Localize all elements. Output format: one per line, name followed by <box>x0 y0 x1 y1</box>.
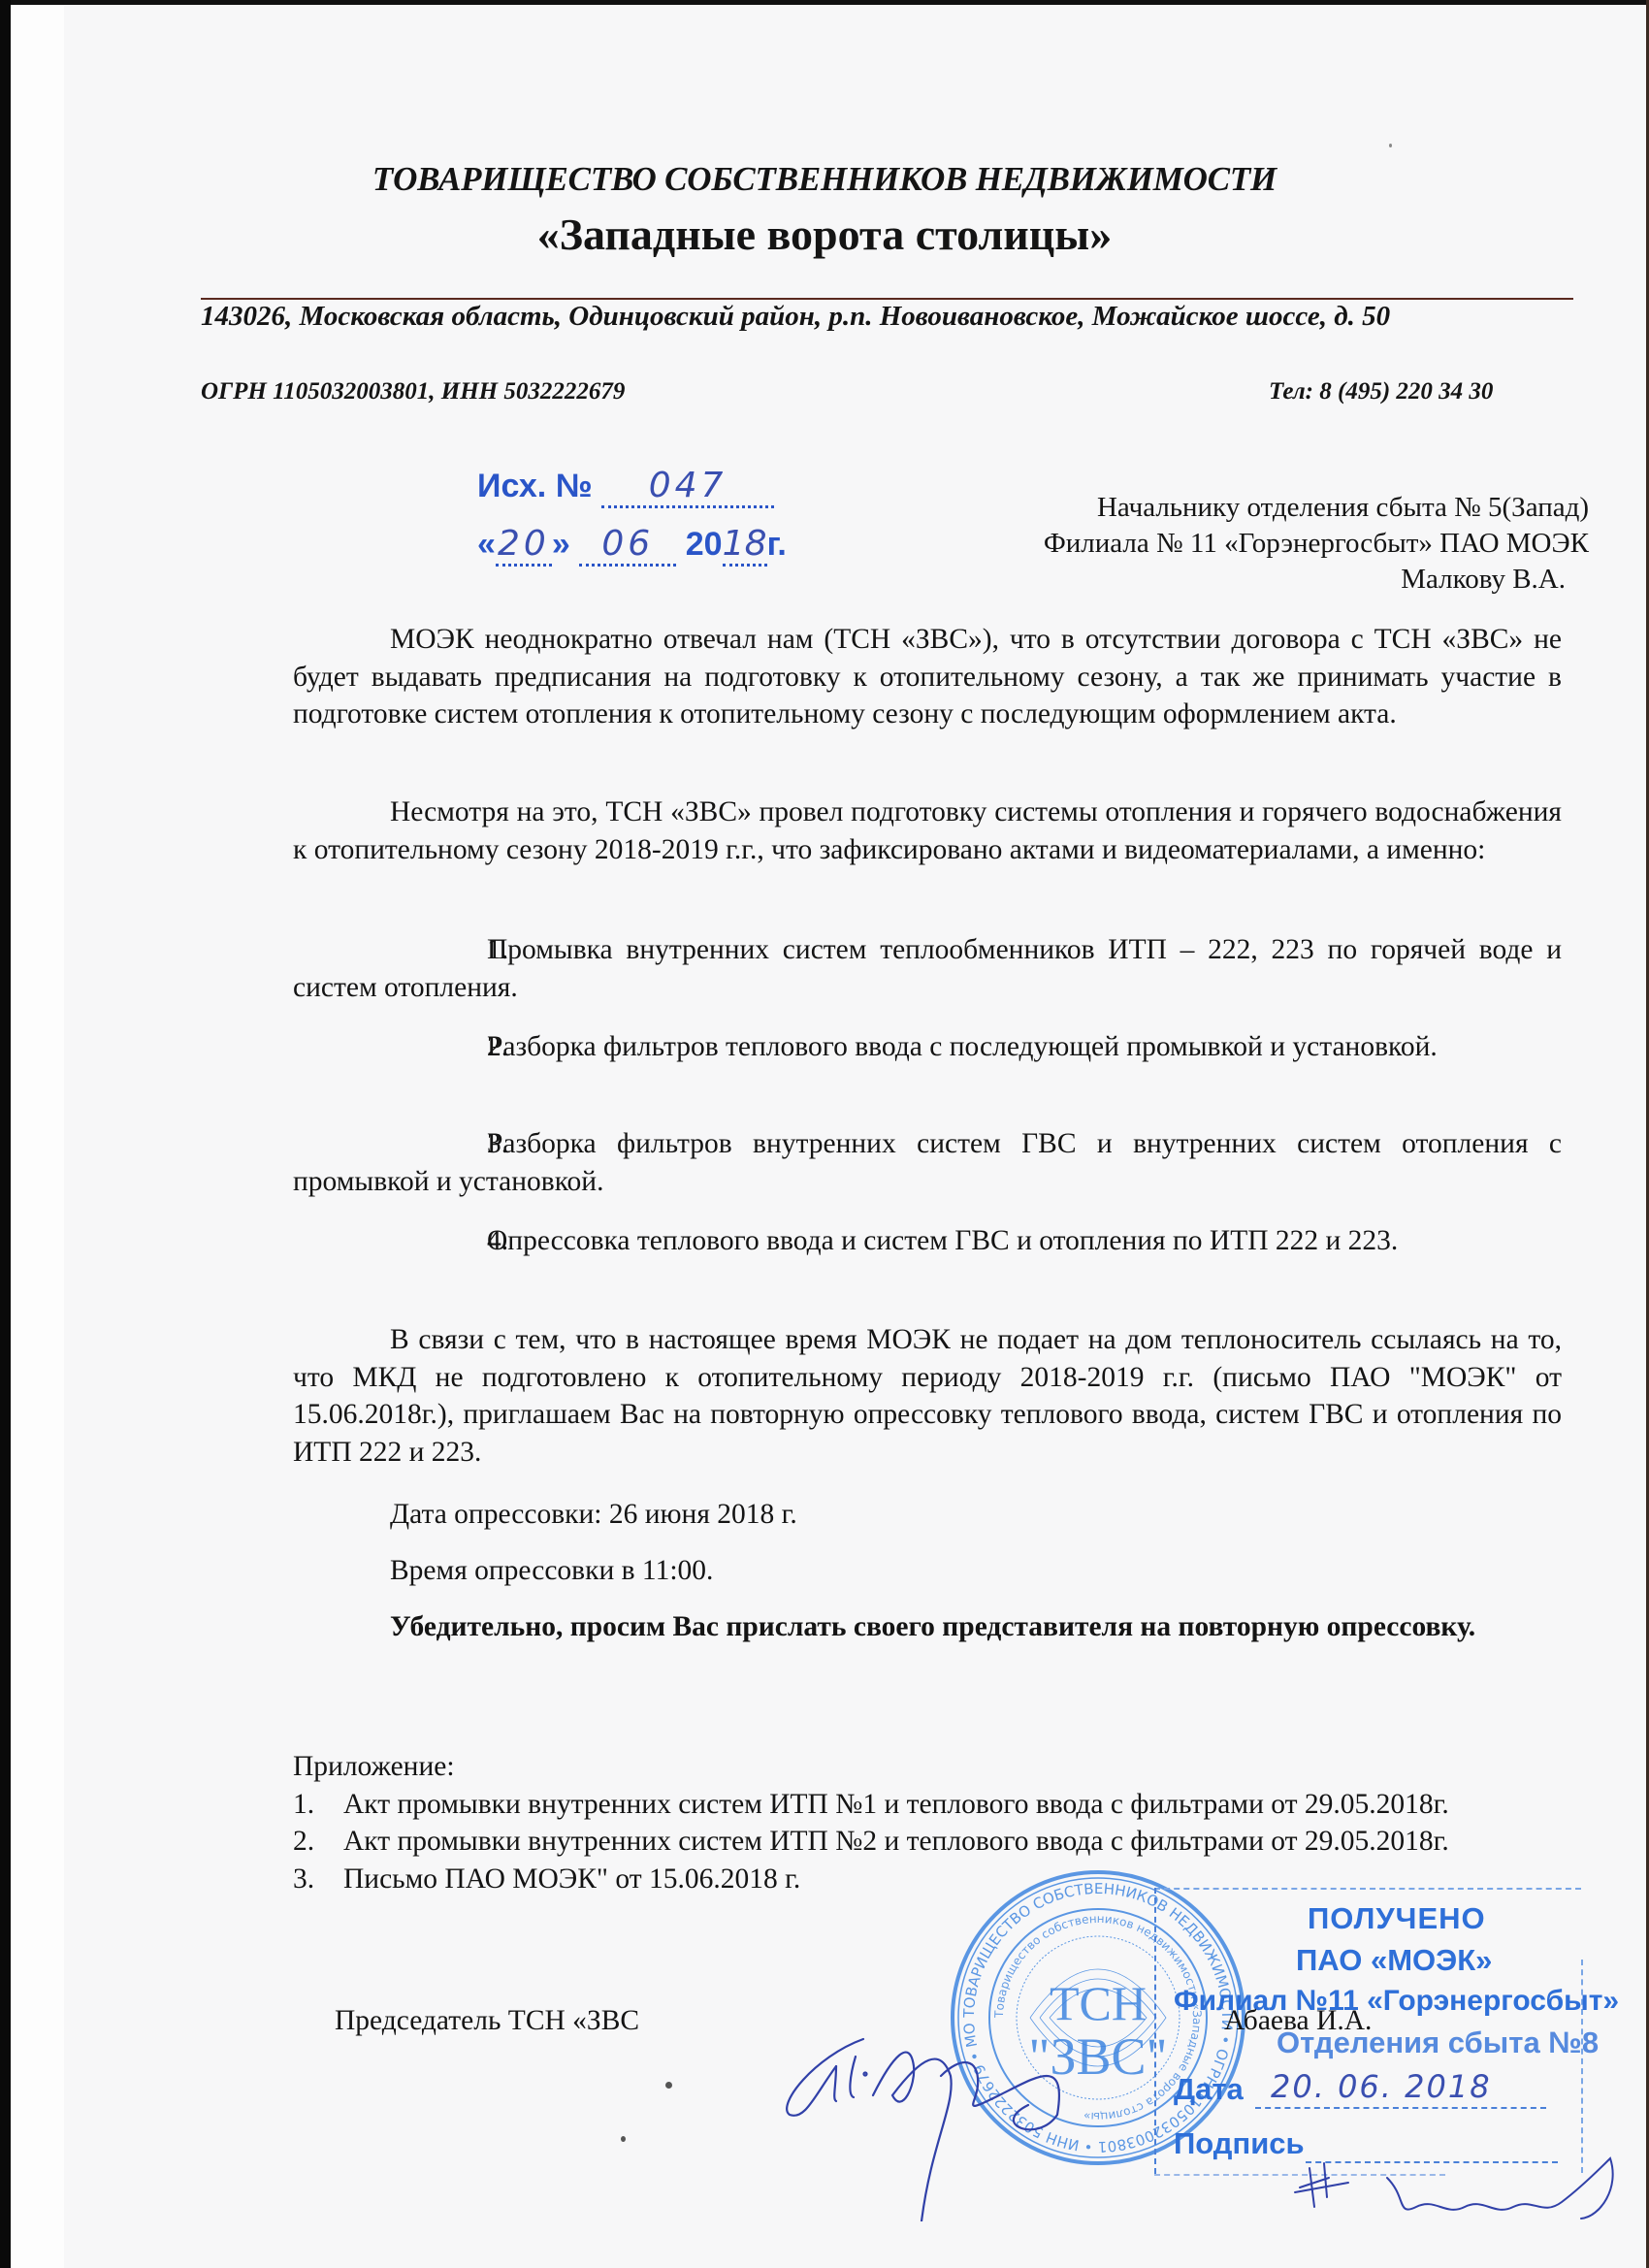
scan-edge-top <box>0 0 1649 5</box>
body-paragraph-1: МОЭК неоднократно отвечал нам (ТСН «ЗВС»… <box>293 621 1562 733</box>
outgoing-number-value: 047 <box>649 466 727 505</box>
received-stamp-border-top <box>1154 1888 1581 1890</box>
appendix: Приложение: 1.Акт промывки внутренних си… <box>293 1748 1573 1897</box>
receiver-signature-icon <box>1290 2149 1639 2236</box>
appendix-item: 1.Акт промывки внутренних систем ИТП №1 … <box>293 1786 1573 1824</box>
org-registration: ОГРН 1105032003801, ИНН 5032222679 <box>201 378 625 405</box>
body-paragraph-2: Несмотря на это, ТСН «ЗВС» провел подгот… <box>293 794 1562 868</box>
work-item: 1.Промывка внутренних систем теплообменн… <box>293 931 1562 1006</box>
appendix-item: 3.Письмо ПАО МОЭК" от 15.06.2018 г. <box>293 1861 1573 1898</box>
work-item: 3.Разборка фильтров внутренних систем ГВ… <box>293 1125 1562 1200</box>
work-item: 2.Разборка фильтров теплового ввода с по… <box>293 1028 1562 1066</box>
signer-name: Абаева И.А. <box>1224 2005 1372 2037</box>
header-divider <box>201 298 1573 300</box>
outgoing-date-row: «20» 06 2018г. <box>477 524 787 582</box>
work-item: 4.Опрессовка теплового ввода и систем ГВ… <box>293 1222 1562 1260</box>
signer-title: Председатель ТСН «ЗВС <box>335 2005 639 2037</box>
org-phone: Тел: 8 (495) 220 34 30 <box>1269 378 1493 405</box>
addressee-line-1: Начальнику отделения сбыта № 5(Запад) <box>1044 490 1589 526</box>
outgoing-date-year-suffix: 18 <box>723 524 767 564</box>
outgoing-date-year-prefix: 20 <box>686 526 723 563</box>
scan-speck <box>621 2136 626 2142</box>
request-paragraph: Убедительно, просим Вас прислать своего … <box>293 1608 1562 1646</box>
outgoing-number-field: 047 <box>601 466 774 508</box>
addressee-line-3: Малкову В.А. <box>1044 562 1589 598</box>
received-stamp-border-left <box>1154 1888 1156 2174</box>
date-close-quote: » <box>552 526 570 563</box>
body-paragraph-3: В связи с тем, что в настоящее время МОЭ… <box>293 1321 1562 1471</box>
org-type: ТОВАРИЩЕСТВО СОБСТВЕННИКОВ НЕДВИЖИМОСТИ <box>0 160 1649 199</box>
pressure-test-date: Дата опрессовки: 26 июня 2018 г. <box>293 1496 1562 1534</box>
org-name: «Западные ворота столицы» <box>0 209 1649 260</box>
outgoing-number-stamp: Исх. № 047 «20» 06 2018г. <box>477 466 787 582</box>
addressee-line-2: Филиала № 11 «Горэнергосбыт» ПАО МОЭК <box>1044 526 1589 562</box>
scan-band <box>11 5 64 2268</box>
outgoing-number-row: Исх. № 047 <box>477 466 787 524</box>
scan-edge-left <box>0 0 11 2268</box>
chairman-signature-icon <box>747 1998 1115 2221</box>
received-date-value: 20. 06. 2018 <box>1271 2068 1492 2105</box>
appendix-item: 2.Акт промывки внутренних систем ИТП №2 … <box>293 1823 1573 1861</box>
scan-speck <box>1389 144 1392 147</box>
addressee-block: Начальнику отделения сбыта № 5(Запад) Фи… <box>1044 490 1589 598</box>
outgoing-date-year-unit: г. <box>767 526 787 563</box>
date-open-quote: « <box>477 526 496 563</box>
outgoing-date-month: 06 <box>601 524 654 564</box>
scan-speck <box>665 2082 672 2089</box>
outgoing-date-day: 20 <box>498 524 550 564</box>
appendix-title: Приложение: <box>293 1748 1573 1786</box>
org-address: 143026, Московская область, Одинцовский … <box>201 301 1390 333</box>
outgoing-number-label: Исх. № <box>477 468 593 504</box>
pressure-test-time: Время опрессовки в 11:00. <box>293 1552 1562 1590</box>
